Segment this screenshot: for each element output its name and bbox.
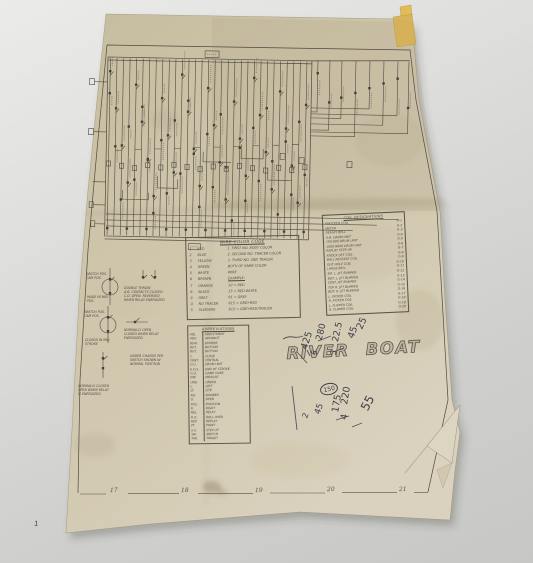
ruler-mark-18: 18 (181, 487, 189, 494)
handwritten-number: 45 (313, 402, 326, 415)
coil-rows: KNOCKER COIL G-1 METER G-2 REPLAY BELL G… (323, 218, 408, 313)
note-under-chassis: UNDER CHASSIS PERSWITCH SHOWN INNORMAL P… (130, 354, 163, 366)
handwritten-number: 5 (329, 349, 339, 356)
handwritten-number: 4 (339, 413, 350, 420)
handwritten-number: 280 (315, 322, 329, 341)
handwritten-number: 175 (330, 394, 344, 414)
abbreviation-row: TAR. TARGET (190, 436, 250, 441)
wire-color-row: S SLEEVING 815 = GREY-RED/TRACER (188, 305, 300, 313)
coil-designations-table: COIL DESIGNATIONS KNOCKER COIL G-1 METER… (322, 211, 409, 316)
ruler-mark-19: 19 (255, 487, 263, 494)
tape-piece (393, 5, 416, 47)
ruler-mark-17: 17 (110, 487, 118, 494)
note-double-throw: DOUBLE THROWA.B. CONTACTS CLOSEDC.D. OPE… (124, 286, 165, 302)
legend-sym2-caption: CLOSED IN MIDSTROKE (85, 338, 109, 346)
wire-color-code-rows: 1 RED 1. FIRST NO. BODY COLOR 2 BLUE 2. … (186, 244, 299, 313)
legend-sym1-labels: SWITCH POS.CAM POS. (86, 272, 107, 280)
wire-color-code-table: WIRE COLOR CODE 1 RED 1. FIRST NO. BODY … (185, 235, 301, 320)
handwritten-number: 425 (299, 330, 315, 351)
handwritten-number: 5 (310, 349, 320, 356)
legend-sym1-caption: MADE IN MIDPOS. (87, 295, 108, 303)
note-normally-open: NORMALLY OPENCLOSED WHEN RELAYENERGIZED (124, 328, 159, 340)
abbreviations-rows: ADJ. ADJUSTMENT ADV. ADVANCE BUM. BUMPER… (188, 332, 250, 441)
handwritten-number: 2 (300, 412, 310, 420)
handwritten-numbers-bottom: 150220175454552 (290, 378, 395, 438)
abbreviations-table: ABBREVIATIONS ADJ. ADJUSTMENT ADV. ADVAN… (187, 325, 251, 445)
photo-stage: WIRE COLOR CODE 1 RED 1. FIRST NO. BODY … (0, 0, 533, 563)
ruler-mark-21: 21 (399, 486, 407, 493)
note-normally-closed: NORMALLY CLOSEDOPEN WHEN RELAYIS ENERGIZ… (78, 384, 109, 396)
legend-sym2-labels: SWITCH POS.CAM POS. (84, 310, 105, 318)
handwritten-number: 22.5 (331, 321, 345, 343)
handwritten-number: 55 (358, 393, 378, 413)
ruler-mark-20: 20 (327, 486, 335, 493)
handwritten-numbers-top: 425280522.554525 (292, 315, 387, 380)
